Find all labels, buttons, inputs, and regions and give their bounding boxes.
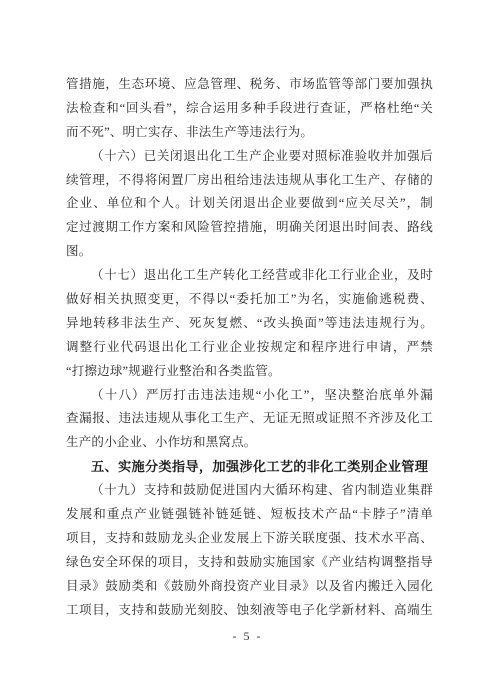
doc-line paragraph-start: （十七）退出化工生产转化工经营或非化工行业企业，及时 <box>66 264 433 288</box>
doc-line: 做好相关执照变更，不得以“委托加工”为名，实施偷逃税费、 <box>66 288 433 312</box>
doc-line: 法检查和“回头看”，综合运用多种手段进行查证，严格杜绝“关 <box>66 97 433 121</box>
doc-line paragraph-start: （十九）支持和鼓励促进国内大循环构建、省内制造业集群 <box>66 479 433 503</box>
doc-line: 续管理，不得将闲置厂房出租给违法违规从事化工生产、存储的 <box>66 169 433 193</box>
doc-line: 图。 <box>66 240 433 264</box>
doc-line: 异地转移非法生产、死灰复燃、“改头换面”等违法违规行为。 <box>66 312 433 336</box>
doc-line: 项目，支持和鼓励龙头企业发展上下游关联度强、技术水平高、 <box>66 527 433 551</box>
page-number: - 5 - <box>0 629 495 644</box>
document-page: 管措施，生态环境、应急管理、税务、市场监管等部门要加强执 法检查和“回头看”，综… <box>0 0 495 700</box>
doc-line: 绿色安全环保的项目，支持和鼓励实施国家《产业结构调整指导 <box>66 551 433 575</box>
document-body: 管措施，生态环境、应急管理、税务、市场监管等部门要加强执 法检查和“回头看”，综… <box>66 73 433 622</box>
doc-line: 工项目，支持和鼓励光刻胶、蚀刻液等电子化学新材料、高端生 <box>66 599 433 623</box>
doc-line: 发展和重点产业链强链补链延链、短板技术产品“卡脖子”清单 <box>66 503 433 527</box>
doc-line: “打擦边球”规避行业整治和各类监管。 <box>66 360 433 384</box>
doc-line: 生产的小企业、小作坊和黑窝点。 <box>66 431 433 455</box>
doc-line paragraph-start: （十八）严厉打击违法违规“小化工”，坚决整治底单外漏 <box>66 384 433 408</box>
doc-line: 目录》鼓励类和《鼓励外商投资产业目录》以及省内搬迁入园化 <box>66 575 433 599</box>
doc-line: 而不死”、明亡实存、非法生产等违法行为。 <box>66 121 433 145</box>
doc-line paragraph-start: （十六）已关闭退出化工生产企业要对照标准验收并加强后 <box>66 145 433 169</box>
doc-line: 调整行业代码退出化工行业企业按规定和程序进行申请，严禁 <box>66 336 433 360</box>
doc-line: 定过渡期工作方案和风险管控措施，明确关闭退出时间表、路线 <box>66 216 433 240</box>
section-heading: 五、实施分类指导，加强涉化工艺的非化工类别企业管理 <box>66 455 433 479</box>
doc-line: 查漏报、违法违规从事化工生产、无证无照或证照不齐涉及化工 <box>66 407 433 431</box>
doc-line: 管措施，生态环境、应急管理、税务、市场监管等部门要加强执 <box>66 73 433 97</box>
doc-line: 企业、单位和个人。计划关闭退出企业要做到“应关尽关”，制 <box>66 192 433 216</box>
